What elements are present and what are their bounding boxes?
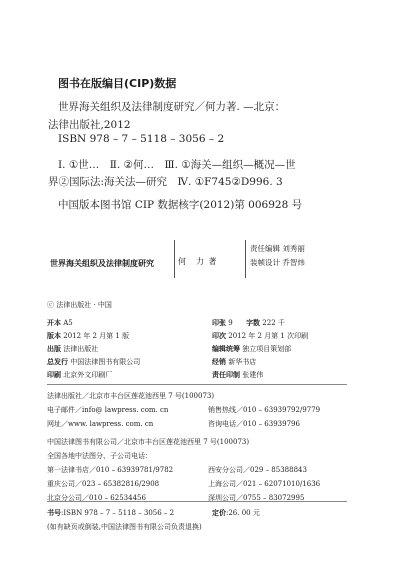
spec-row: 印刷 北京外文印刷厂 <box>47 370 112 380</box>
cip-line-6: 中国版本图书馆 CIP 数据核字(2012)第 006928 号 <box>58 197 302 212</box>
website-link: 网址／www. lawpress. com. cn <box>47 419 153 429</box>
spec-row: 开本 A5 <box>47 318 73 328</box>
return-notice: (如有缺页或倒装,中国法律图书有限公司负责退换) <box>47 522 202 532</box>
cip-line-2: 法律出版社,2012 <box>48 117 131 132</box>
branches-heading: 全国各地中法图分、子公司电话： <box>47 451 152 461</box>
cip-line-1: 世界海关组织及法律制度研究／何力著. —北京： <box>58 99 285 114</box>
spec-row: 出版 法律出版社 <box>47 344 98 354</box>
price-line: 定价:26. 00 元 <box>212 508 260 518</box>
divider <box>174 240 175 278</box>
designer-credit: 装帧设计 乔智炜 <box>250 257 305 268</box>
email-link: 电子邮件／info@ lawpress. com. cn <box>47 405 168 415</box>
spec-row: 责任印制 张建伟 <box>212 370 263 380</box>
horizontal-rule <box>47 384 347 385</box>
branch-phone: 上海公司／021 – 62071010/1636 <box>208 479 320 489</box>
branch-phone: 重庆公司／023 – 65382816/2908 <box>47 479 159 489</box>
spec-row: 总发行 中国法律图书有限公司 <box>47 357 140 367</box>
spec-row: 编辑统筹 独立项目策划部 <box>212 344 291 354</box>
spec-row: 经销 新华书店 <box>212 357 256 367</box>
cip-line-5: 界②国际法:海关法—研究 Ⅳ. ①F745②D996. 3 <box>48 174 283 189</box>
sales-hotline: 销售热线／010 – 63939792/9779 <box>208 405 320 415</box>
spec-row: 版本 2012 年 2 月第 1 版 <box>47 331 129 341</box>
horizontal-rule <box>47 501 347 502</box>
cip-line-3: ISBN 978 – 7 – 5118 – 3056 – 2 <box>58 133 224 145</box>
book-author: 何 力 著 <box>178 256 218 267</box>
cip-heading: 图书在版编目(CIP)数据 <box>58 75 176 91</box>
branch-phone: 西安分公司／029 – 85388843 <box>208 465 307 475</box>
isbn-line: 书号:ISBN 978 – 7 – 5118 – 3056 – 2 <box>47 508 174 518</box>
book-title: 世界海关组织及法律制度研究 <box>50 258 154 269</box>
cip-line-4: Ⅰ. ①世… Ⅱ. ②何… Ⅲ. ①海关—组织—概况—世 <box>58 157 296 172</box>
branch-phone: 第一法律书店／010 – 63939781/9782 <box>47 465 173 475</box>
spec-row: 印次 2012 年 2 月第 1 次印刷 <box>212 331 308 341</box>
divider <box>245 240 246 278</box>
publisher-address: 法律出版社／北京市丰台区莲花池西里 7 号(100073) <box>47 391 214 401</box>
inquiry-phone: 咨询电话／010 – 63939796 <box>208 419 300 429</box>
distributor-address: 中国法律图书有限公司／北京市丰台区莲花池西里 7 号(100073) <box>47 437 249 447</box>
spec-row: 印张 9 字数 222 千 <box>212 318 285 328</box>
editor-credit: 责任编辑 刘秀丽 <box>250 243 305 254</box>
copyright-line: ⓒ 法律出版社 · 中国 <box>47 300 112 310</box>
